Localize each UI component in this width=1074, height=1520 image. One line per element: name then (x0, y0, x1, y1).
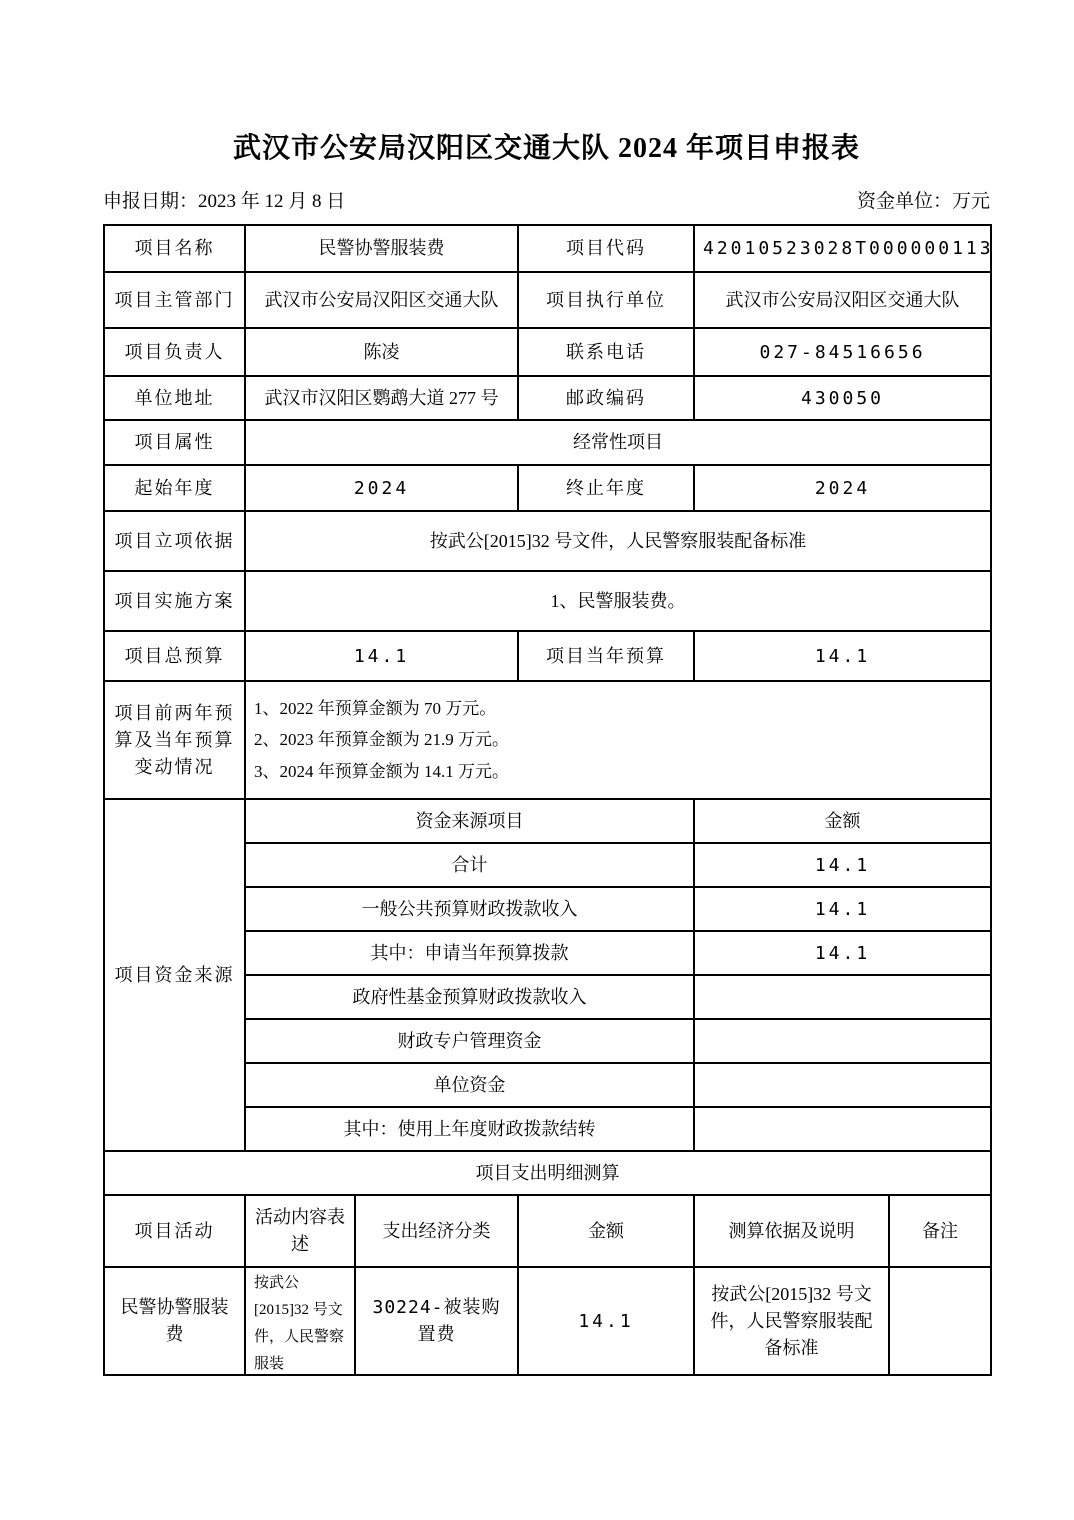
row-budget: 项目总预算 14.1 项目当年预算 14.1 (104, 631, 991, 681)
row-expense-section: 项目支出明细测算 (104, 1151, 991, 1195)
phone-value: 027-84516656 (694, 328, 991, 376)
expense-basis-value: 按武公[2015]32 号文件，人民警察服装配备标准 (694, 1267, 889, 1375)
history-line-3: 3、2024 年预算金额为 14.1 万元。 (254, 756, 982, 787)
project-code-label: 项目代码 (518, 225, 694, 272)
meta-row: 申报日期：2023 年 12 月 8 日 资金单位：万元 (103, 186, 990, 213)
funding-section-label: 项目资金来源 (104, 799, 245, 1151)
end-year-label: 终止年度 (518, 465, 694, 511)
postcode-label: 邮政编码 (518, 376, 694, 420)
project-code-value: 42010523028T000000113 (694, 225, 991, 272)
history-line-2: 2、2023 年预算金额为 21.9 万元。 (254, 724, 982, 755)
attribute-value: 经常性项目 (245, 420, 991, 465)
project-name-value: 民警协警服装费 (245, 225, 518, 272)
start-year-value: 2024 (245, 465, 518, 511)
end-year-value: 2024 (694, 465, 991, 511)
expense-col-category: 支出经济分类 (355, 1195, 518, 1267)
expense-content-text: 按武公[2015]32 号文件，人民警察服装 (254, 1270, 346, 1372)
funding-amount-header: 金额 (694, 799, 991, 843)
funding-name-total: 合计 (245, 843, 694, 887)
annual-budget-label: 项目当年预算 (518, 631, 694, 681)
row-dept: 项目主管部门 武汉市公安局汉阳区交通大队 项目执行单位 武汉市公安局汉阳区交通大… (104, 272, 991, 328)
funding-name-gov-fund: 政府性基金预算财政拨款收入 (245, 975, 694, 1019)
row-plan: 项目实施方案 1、民警服装费。 (104, 571, 991, 631)
funding-amount-total: 14.1 (694, 843, 991, 887)
funding-amount-current-request: 14.1 (694, 931, 991, 975)
attribute-label: 项目属性 (104, 420, 245, 465)
expense-col-note: 备注 (889, 1195, 991, 1267)
total-budget-label: 项目总预算 (104, 631, 245, 681)
history-line-1: 1、2022 年预算金额为 70 万元。 (254, 693, 982, 724)
phone-label: 联系电话 (518, 328, 694, 376)
expense-note-value (889, 1267, 991, 1375)
report-date: 申报日期：2023 年 12 月 8 日 (103, 186, 345, 213)
plan-value: 1、民警服装费。 (245, 571, 991, 631)
address-label: 单位地址 (104, 376, 245, 420)
leader-value: 陈凌 (245, 328, 518, 376)
application-form-table: 项目名称 民警协警服装费 项目代码 42010523028T000000113 … (103, 224, 992, 1376)
row-years: 起始年度 2024 终止年度 2024 (104, 465, 991, 511)
row-address: 单位地址 武汉市汉阳区鹦鹉大道 277 号 邮政编码 430050 (104, 376, 991, 420)
row-project-name: 项目名称 民警协警服装费 项目代码 42010523028T000000113 (104, 225, 991, 272)
funding-name-current-request: 其中：申请当年预算拨款 (245, 931, 694, 975)
history-value: 1、2022 年预算金额为 70 万元。 2、2023 年预算金额为 21.9 … (245, 681, 991, 799)
start-year-label: 起始年度 (104, 465, 245, 511)
funding-amount-special-account (694, 1019, 991, 1063)
basis-value: 按武公[2015]32 号文件，人民警察服装配备标准 (245, 511, 991, 571)
funding-amount-carryover (694, 1107, 991, 1151)
row-attribute: 项目属性 经常性项目 (104, 420, 991, 465)
funding-name-special-account: 财政专户管理资金 (245, 1019, 694, 1063)
expense-amount-value: 14.1 (518, 1267, 694, 1375)
basis-label: 项目立项依据 (104, 511, 245, 571)
expense-activity-value: 民警协警服装费 (104, 1267, 245, 1375)
expense-content-value: 按武公[2015]32 号文件，人民警察服装 (245, 1267, 355, 1375)
funding-amount-general: 14.1 (694, 887, 991, 931)
expense-header-row: 项目活动 活动内容表述 支出经济分类 金额 测算依据及说明 备注 (104, 1195, 991, 1267)
annual-budget-value: 14.1 (694, 631, 991, 681)
row-leader: 项目负责人 陈凌 联系电话 027-84516656 (104, 328, 991, 376)
expense-col-activity: 项目活动 (104, 1195, 245, 1267)
page-title: 武汉市公安局汉阳区交通大队 2024 年项目申报表 (103, 0, 990, 166)
expense-col-content: 活动内容表述 (245, 1195, 355, 1267)
expense-section-title: 项目支出明细测算 (104, 1151, 991, 1195)
funding-name-carryover: 其中：使用上年度财政拨款结转 (245, 1107, 694, 1151)
dept-label: 项目主管部门 (104, 272, 245, 328)
history-label: 项目前两年预算及当年预算变动情况 (104, 681, 245, 799)
funding-amount-unit-fund (694, 1063, 991, 1107)
project-name-label: 项目名称 (104, 225, 245, 272)
funding-name-unit-fund: 单位资金 (245, 1063, 694, 1107)
exec-unit-value: 武汉市公安局汉阳区交通大队 (694, 272, 991, 328)
postcode-value: 430050 (694, 376, 991, 420)
exec-unit-label: 项目执行单位 (518, 272, 694, 328)
expense-col-basis: 测算依据及说明 (694, 1195, 889, 1267)
expense-category-value: 30224-被装购置费 (355, 1267, 518, 1375)
leader-label: 项目负责人 (104, 328, 245, 376)
expense-data-row: 民警协警服装费 按武公[2015]32 号文件，人民警察服装 30224-被装购… (104, 1267, 991, 1375)
row-history: 项目前两年预算及当年预算变动情况 1、2022 年预算金额为 70 万元。 2、… (104, 681, 991, 799)
address-value: 武汉市汉阳区鹦鹉大道 277 号 (245, 376, 518, 420)
row-basis: 项目立项依据 按武公[2015]32 号文件，人民警察服装配备标准 (104, 511, 991, 571)
document-page: 武汉市公安局汉阳区交通大队 2024 年项目申报表 申报日期：2023 年 12… (0, 0, 1074, 1520)
total-budget-value: 14.1 (245, 631, 518, 681)
plan-label: 项目实施方案 (104, 571, 245, 631)
funding-source-header: 资金来源项目 (245, 799, 694, 843)
dept-value: 武汉市公安局汉阳区交通大队 (245, 272, 518, 328)
row-funding-header: 项目资金来源 资金来源项目 金额 (104, 799, 991, 843)
fund-unit: 资金单位：万元 (857, 186, 990, 213)
funding-name-general: 一般公共预算财政拨款收入 (245, 887, 694, 931)
funding-amount-gov-fund (694, 975, 991, 1019)
expense-col-amount: 金额 (518, 1195, 694, 1267)
